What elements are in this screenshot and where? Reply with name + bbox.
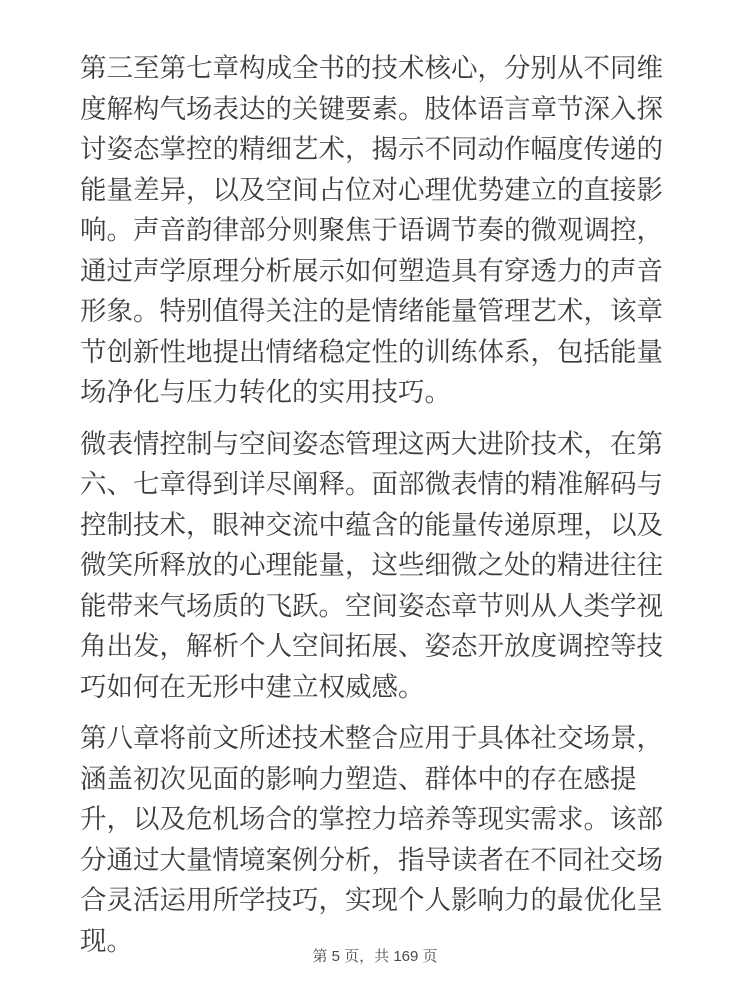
- document-page: 第三至第七章构成全书的技术核心，分别从不同维度解构气场表达的关键要素。肢体语言章…: [0, 0, 750, 1000]
- page-content: 第三至第七章构成全书的技术核心，分别从不同维度解构气场表达的关键要素。肢体语言章…: [80, 48, 668, 972]
- paragraph-1: 第三至第七章构成全书的技术核心，分别从不同维度解构气场表达的关键要素。肢体语言章…: [80, 48, 668, 413]
- paragraph-2: 微表情控制与空间姿态管理这两大进阶技术，在第六、七章得到详尽阐释。面部微表情的精…: [80, 424, 668, 708]
- page-number-indicator: 第 5 页，共 169 页: [312, 948, 437, 965]
- paragraph-3: 第八章将前文所述技术整合应用于具体社交场景，涵盖初次见面的影响力塑造、群体中的存…: [80, 718, 668, 961]
- page-footer: 第 5 页，共 169 页: [0, 947, 750, 966]
